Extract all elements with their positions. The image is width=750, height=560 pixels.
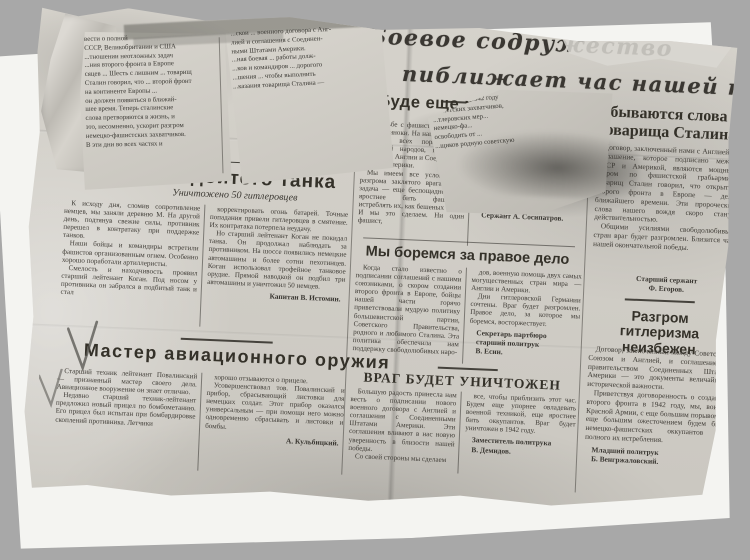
signature-block: Младший политрукБ. Венгржаловский.	[584, 445, 725, 469]
signature-block: Старший сержантФ. Егоров.	[611, 273, 722, 296]
torn-scrap-column-right: ...ской ... военного договора с Анг-лией…	[225, 19, 394, 184]
article-column: все, чтобы приблизить этот час. Будем ещ…	[464, 392, 576, 458]
signature-block: Секретарь партбюростарший политрукВ. Еси…	[468, 328, 579, 360]
pencil-checkmark-icon	[65, 319, 103, 374]
article-column: хорошо отзываются о прицеле.Усовершенств…	[204, 373, 345, 448]
pencil-checkmark-icon	[38, 368, 68, 411]
column-text: хорошо отзываются о прицеле.Усовершенств…	[205, 373, 345, 435]
section-rule	[625, 298, 695, 302]
column-text: корректировать огонь батарей. Точные поп…	[207, 205, 348, 292]
column-text: все, чтобы приблизить этот час. Будем ещ…	[465, 392, 577, 437]
section-end-rule	[181, 338, 273, 343]
column-rule	[197, 373, 202, 471]
newspaper-sheet: Боевое содружество пиближает час нашей п…	[16, 1, 740, 530]
article-column: Договор, заключенный между Советским Сою…	[584, 345, 729, 469]
article-column: корректировать огонь батарей. Точные поп…	[207, 205, 349, 304]
article-column: Большую радость принесла нам весть о под…	[348, 387, 457, 464]
article-column: Старший техник лейтенант Повалинский — п…	[55, 367, 197, 429]
column-rule	[457, 392, 461, 474]
photo-background: { "colors":{"background":"#a8a8a8","back…	[0, 0, 750, 560]
column-rule	[199, 205, 205, 327]
column-rule	[462, 268, 467, 364]
ink-smudge-stain	[457, 127, 640, 200]
column-text: дов, военную помощь двух самых могуществ…	[470, 268, 582, 329]
signature-block: Заместитель политрукаВ. Демидов.	[464, 435, 575, 458]
article-column: дов, военную помощь двух самых могуществ…	[468, 268, 582, 360]
section-rule	[438, 367, 498, 372]
column-text: Договор, заключенный между Советским Сою…	[585, 345, 729, 448]
torn-scrap-column-left: вести о полнойСССР, Великобритании и США…	[79, 29, 232, 190]
title-line: Разгром гитлеризма	[620, 308, 700, 342]
signature: А. Кульбицкий.	[204, 433, 342, 448]
article-column: Когда стало известно о подписании соглаш…	[352, 263, 462, 356]
article-column: К исходу дня, сломив сопротивление немце…	[60, 199, 200, 302]
signature: Капитан В. Истомин.	[207, 289, 345, 304]
